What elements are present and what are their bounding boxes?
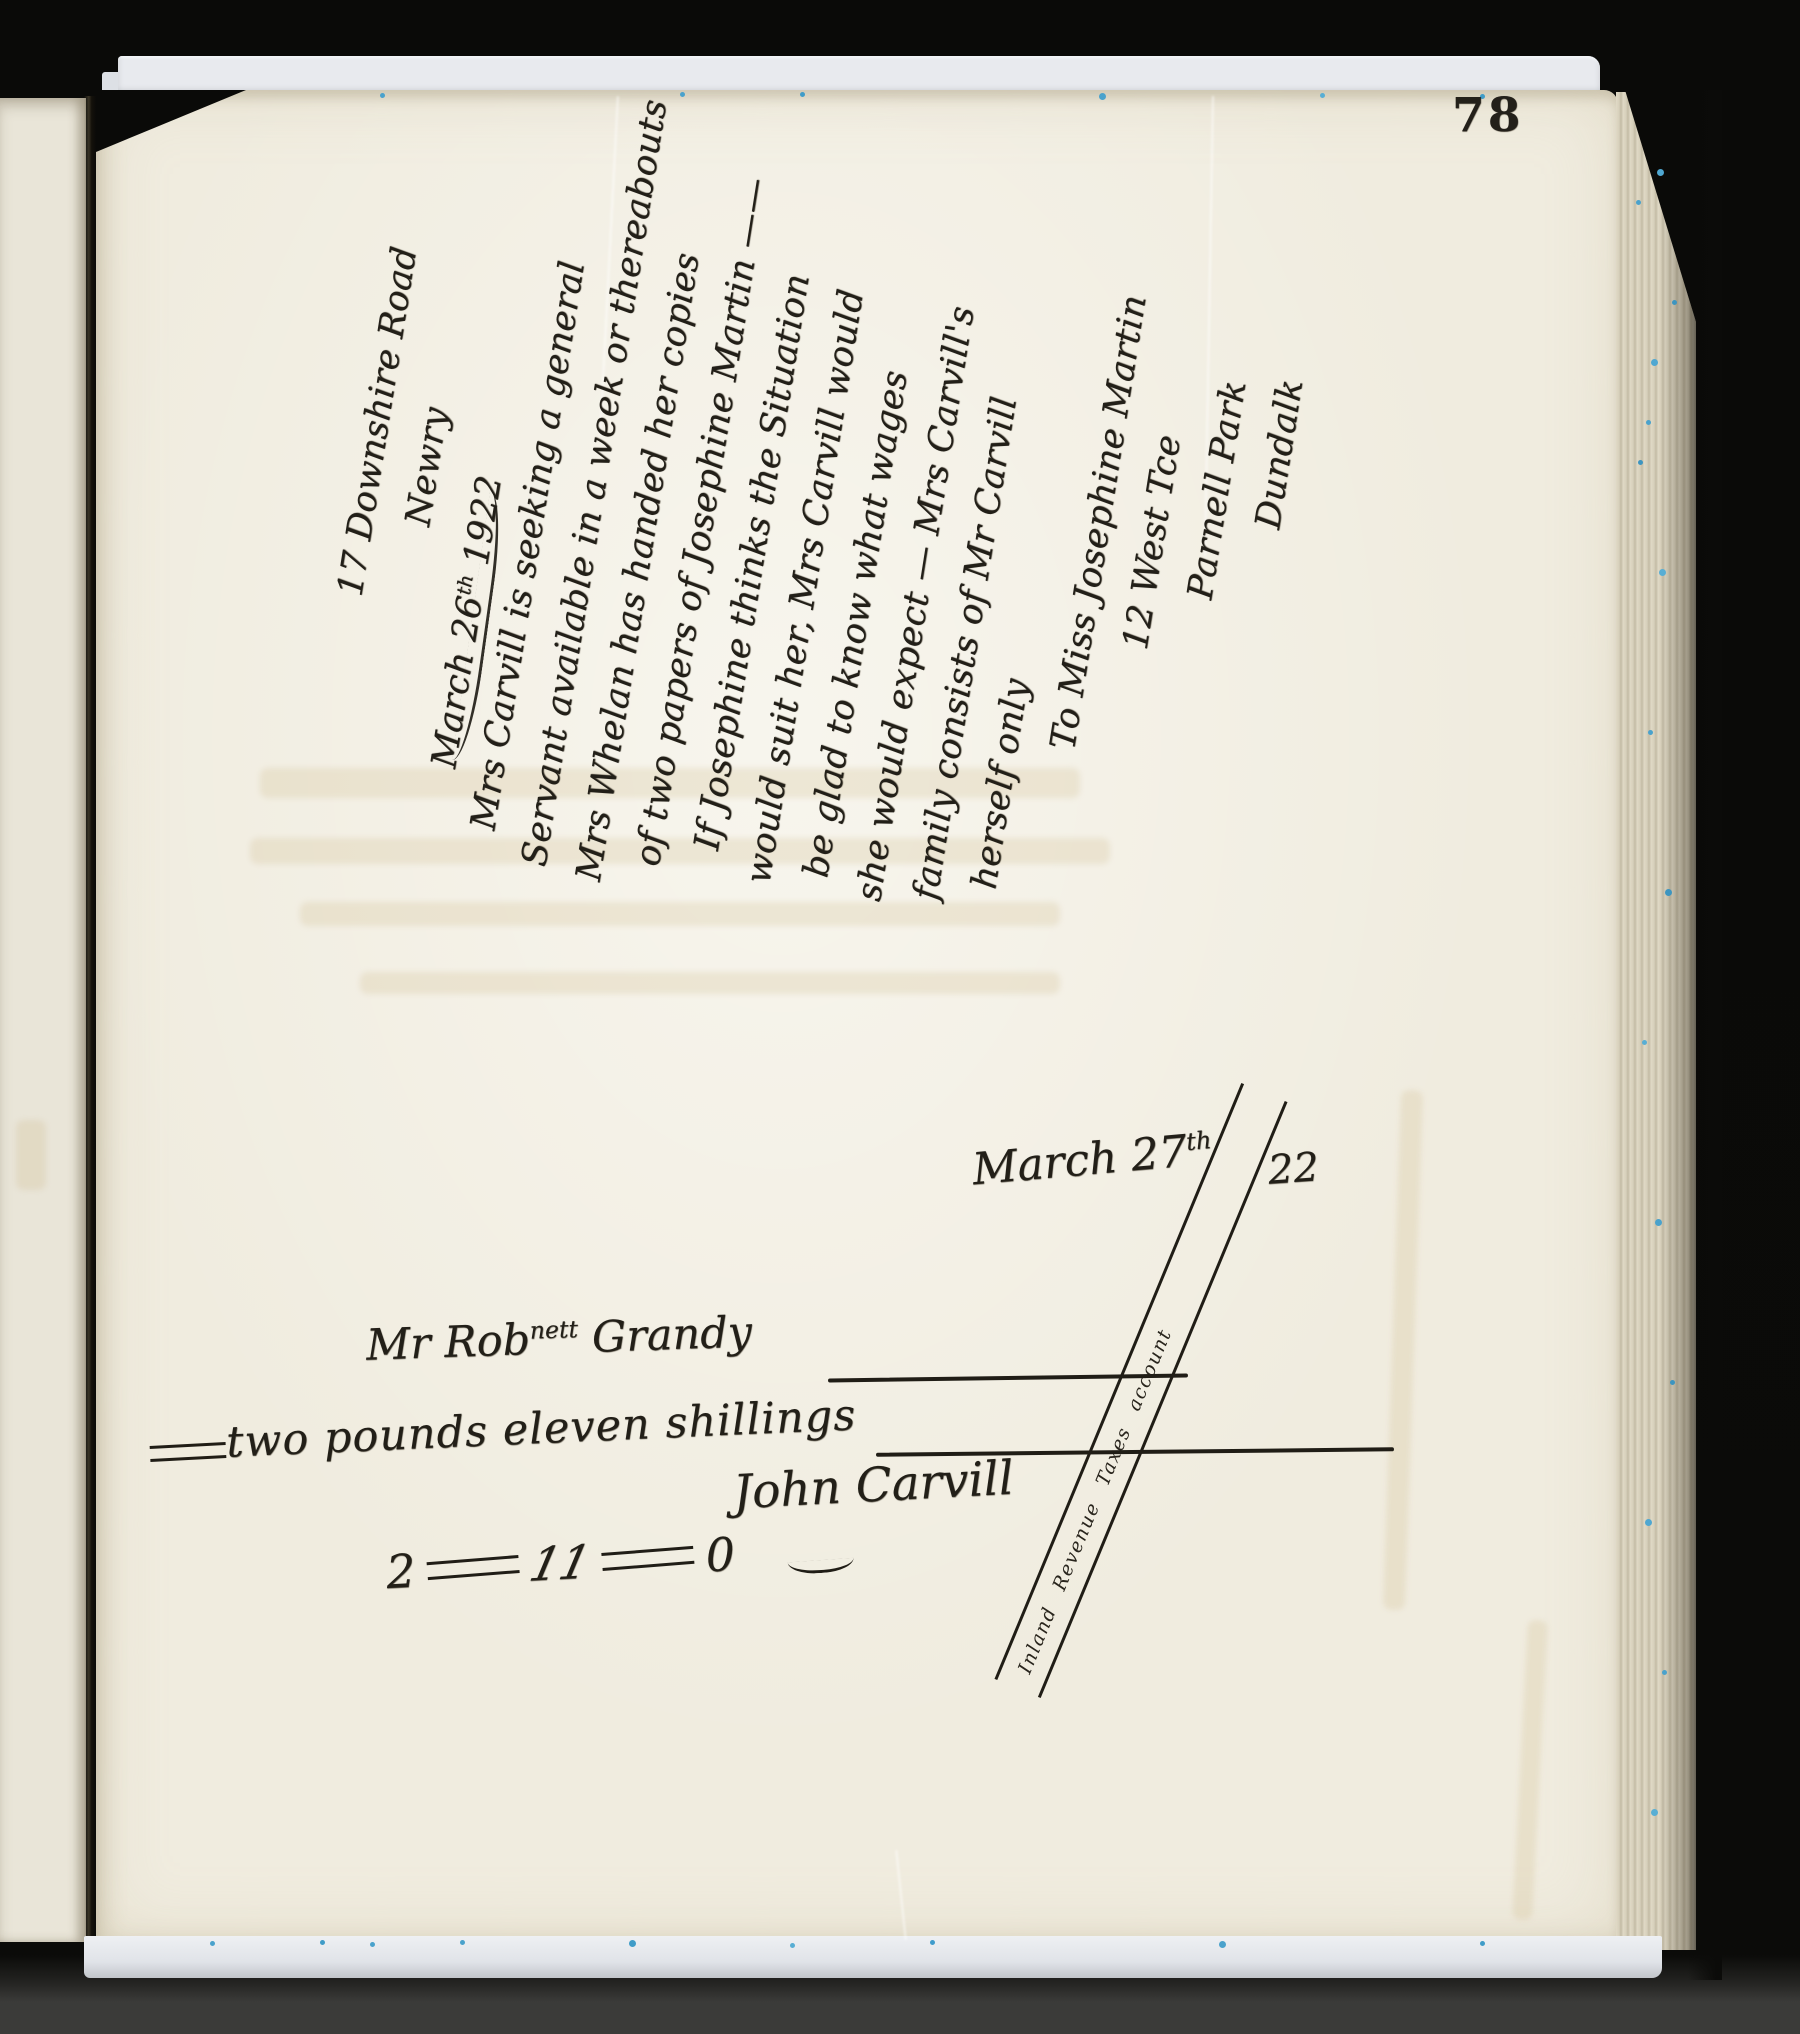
ink-bleed-smudge	[16, 1120, 46, 1190]
bottom-sheet-edge	[84, 1936, 1662, 1978]
ink-bleed-smudge	[360, 972, 1060, 994]
facing-page-edge	[0, 98, 86, 1942]
manuscript-photo: 78 17 Downshire Road Newry March 26th 19…	[0, 0, 1800, 2034]
double-dash-separator	[601, 1546, 694, 1571]
book-fore-edge	[1616, 92, 1696, 1950]
handwritten-letter: 17 Downshire Road Newry March 26th 1922 …	[283, 48, 1376, 991]
amount-shillings: 11	[525, 1534, 596, 1592]
blue-speckles-bottom	[460, 1940, 465, 1945]
receipt-date-year: 22	[1266, 1144, 1320, 1193]
double-dash-separator	[427, 1555, 520, 1580]
blue-speckles-fore-edge	[1646, 420, 1651, 425]
amount-pounds: 2	[385, 1544, 417, 1599]
page-number: 78	[1452, 88, 1523, 143]
amount-pence: 0	[704, 1527, 736, 1582]
fore-edge-shadow	[1688, 90, 1722, 1980]
gutter-shadow	[84, 96, 96, 1942]
